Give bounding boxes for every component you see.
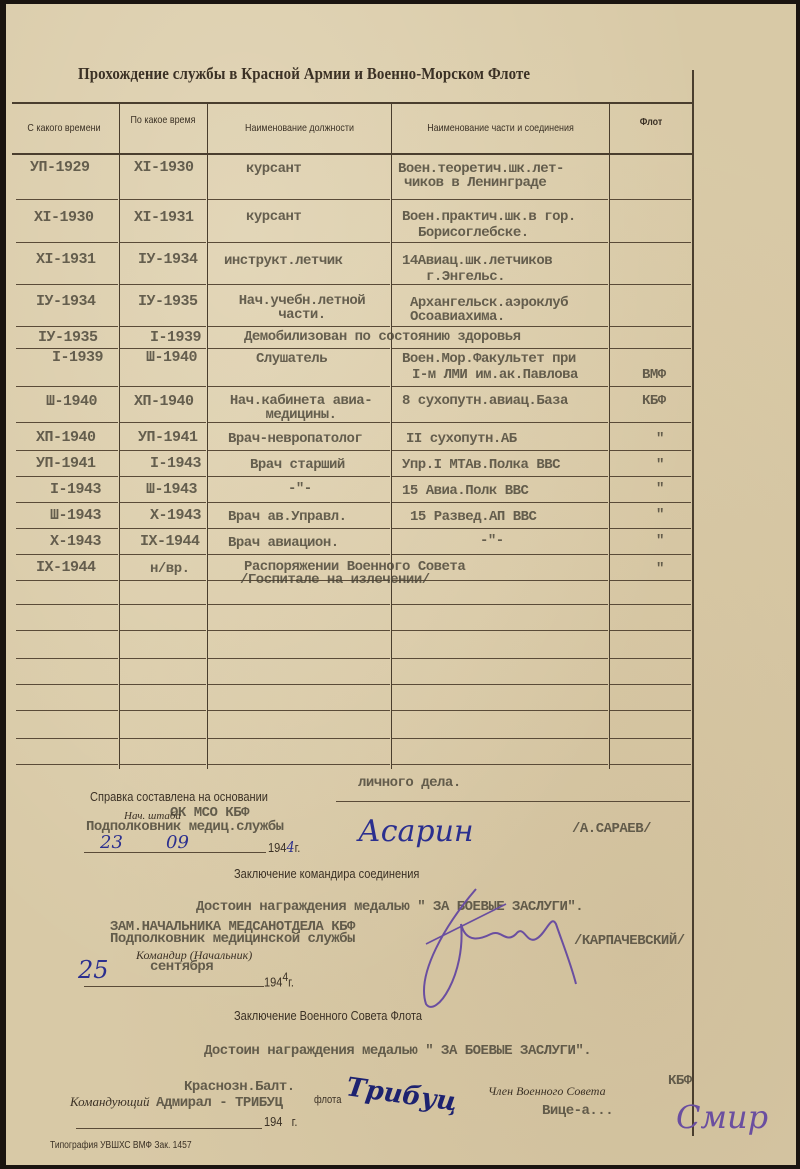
row-rule bbox=[610, 199, 691, 200]
col-header-to: По какое время bbox=[126, 114, 199, 127]
row-rule bbox=[208, 348, 390, 349]
row-rule bbox=[392, 502, 608, 503]
row-3-from: IУ-1934 bbox=[36, 294, 96, 309]
row-rule bbox=[610, 450, 691, 451]
row-rule bbox=[16, 604, 118, 605]
row-2-from: XI-1931 bbox=[36, 252, 96, 267]
commander-year-prefix: 194 bbox=[264, 974, 282, 989]
row-rule bbox=[16, 242, 118, 243]
row-rule bbox=[120, 528, 206, 529]
row-rule bbox=[208, 658, 390, 659]
row-5-from: I-1939 bbox=[52, 350, 103, 365]
row-rule bbox=[610, 528, 691, 529]
row-2-unit-1: 14Авиац.шк.летчиков bbox=[402, 254, 552, 269]
row-rule bbox=[392, 386, 608, 387]
row-rule bbox=[16, 502, 118, 503]
council-heading: Заключение Военного Совета Флота bbox=[234, 1008, 422, 1023]
row-rule bbox=[120, 710, 206, 711]
row-rule bbox=[208, 476, 390, 477]
council-member-signature: Смир bbox=[676, 1098, 768, 1136]
row-rule bbox=[16, 658, 118, 659]
row-rule bbox=[120, 326, 206, 327]
commander-date-underline bbox=[84, 986, 264, 987]
row-rule bbox=[610, 386, 691, 387]
row-10-from: Ш-1943 bbox=[50, 508, 101, 523]
row-rule bbox=[16, 326, 118, 327]
col-divider-3 bbox=[391, 104, 392, 769]
row-6-from: Ш-1940 bbox=[46, 394, 97, 409]
row-rule bbox=[610, 710, 691, 711]
right-border bbox=[692, 70, 694, 1136]
row-rule bbox=[208, 528, 390, 529]
row-rule bbox=[208, 554, 390, 555]
row-8-unit-1: Упр.I МТАв.Полка ВВС bbox=[402, 458, 560, 473]
chief-year-unit: г. bbox=[295, 840, 301, 855]
row-rule bbox=[610, 348, 691, 349]
row-4-from: IУ-1935 bbox=[38, 330, 98, 345]
row-rule bbox=[208, 199, 390, 200]
council-member-name: Вице-а... bbox=[542, 1104, 613, 1119]
row-10-position: Врач ав.Управл. bbox=[228, 510, 347, 525]
row-10-unit-1: 15 Развед.АП ВВС bbox=[410, 510, 536, 525]
row-9-from: I-1943 bbox=[50, 482, 101, 497]
row-rule bbox=[208, 684, 390, 685]
row-rule bbox=[610, 326, 691, 327]
row-10-to: Х-1943 bbox=[150, 508, 201, 523]
chief-signature: Асарин bbox=[358, 814, 474, 849]
row-3-unit-2: Осоавиахима. bbox=[410, 310, 505, 325]
row-rule bbox=[120, 684, 206, 685]
basis-underline bbox=[336, 801, 690, 802]
row-6-position: Нач.кабинета авиа-медицины. bbox=[212, 394, 390, 422]
row-7-unit-1: II сухопутн.АБ bbox=[406, 432, 517, 447]
col-divider-4 bbox=[609, 104, 610, 769]
commander-stamp-line2: Подполковник медицинской службы bbox=[110, 932, 355, 947]
row-rule bbox=[610, 658, 691, 659]
row-1-to: XI-1931 bbox=[134, 210, 194, 225]
row-rule bbox=[16, 684, 118, 685]
row-0-to: XI-1930 bbox=[134, 160, 194, 175]
chief-year: 1944г. bbox=[268, 838, 300, 856]
row-9-position: -"- bbox=[288, 482, 312, 497]
council-member-fleet: КБФ bbox=[668, 1074, 692, 1089]
commander-year: 1944г. bbox=[264, 970, 294, 989]
row-12-from: IХ-1944 bbox=[36, 560, 96, 575]
row-rule bbox=[16, 386, 118, 387]
row-8-position: Врач старший bbox=[250, 458, 345, 473]
row-rule bbox=[120, 502, 206, 503]
row-rule bbox=[610, 502, 691, 503]
service-record-page: Прохождение службы в Красной Армии и Вое… bbox=[6, 4, 796, 1165]
row-rule bbox=[610, 284, 691, 285]
row-5-to: Ш-1940 bbox=[146, 350, 197, 365]
row-rule bbox=[16, 710, 118, 711]
row-rule bbox=[16, 764, 118, 765]
row-rule bbox=[392, 764, 608, 765]
commander-heading: Заключение командира соединения bbox=[234, 866, 419, 881]
row-9-fleet: " bbox=[656, 482, 664, 497]
row-rule bbox=[16, 554, 118, 555]
row-rule bbox=[120, 476, 206, 477]
row-12-to: н/вр. bbox=[150, 562, 190, 577]
row-rule bbox=[610, 580, 691, 581]
row-rule bbox=[392, 242, 608, 243]
row-8-to: I-1943 bbox=[150, 456, 201, 471]
row-rule bbox=[392, 630, 608, 631]
row-rule bbox=[392, 348, 608, 349]
row-rule bbox=[392, 326, 608, 327]
row-rule bbox=[208, 284, 390, 285]
row-rule bbox=[610, 422, 691, 423]
row-rule bbox=[120, 199, 206, 200]
row-7-position: Врач-невропатолог bbox=[228, 432, 362, 447]
row-1-unit-1: Воен.практич.шк.в гор. bbox=[402, 210, 576, 225]
council-commander-signature: Трибуц bbox=[344, 1072, 459, 1117]
row-rule bbox=[208, 604, 390, 605]
chief-date-day: 23 bbox=[100, 832, 123, 853]
col-header-from: С какого времени bbox=[16, 122, 111, 135]
row-rule bbox=[120, 386, 206, 387]
row-0-position: курсант bbox=[246, 162, 301, 177]
row-9-to: Ш-1943 bbox=[146, 482, 197, 497]
col-divider-2 bbox=[207, 104, 208, 769]
row-rule bbox=[16, 738, 118, 739]
row-rule bbox=[120, 630, 206, 631]
row-rule bbox=[120, 580, 206, 581]
commander-date-day: 25 bbox=[78, 956, 109, 984]
row-rule bbox=[120, 284, 206, 285]
basis-value: личного дела. bbox=[358, 776, 461, 791]
row-4-to: I-1939 bbox=[150, 330, 201, 345]
row-2-to: IУ-1934 bbox=[138, 252, 198, 267]
row-rule bbox=[120, 242, 206, 243]
council-fleet-stamp: Краснозн.Балт. bbox=[184, 1080, 295, 1095]
row-rule bbox=[392, 528, 608, 529]
council-admiral: Адмирал - ТРИБУЦ bbox=[156, 1096, 282, 1111]
row-rule bbox=[120, 450, 206, 451]
council-date-underline bbox=[76, 1128, 262, 1129]
row-11-to: IХ-1944 bbox=[140, 534, 200, 549]
row-5-unit-1: Воен.Мор.Факультет при bbox=[402, 352, 576, 367]
row-rule bbox=[120, 658, 206, 659]
commander-year-unit: г. bbox=[288, 974, 294, 989]
row-1-unit-2: Борисоглебске. bbox=[418, 226, 529, 241]
council-member-label: Член Военного Совета bbox=[488, 1084, 606, 1099]
row-rule bbox=[208, 630, 390, 631]
row-rule bbox=[392, 710, 608, 711]
row-2-unit-2: г.Энгельс. bbox=[426, 270, 505, 285]
row-7-fleet: " bbox=[656, 432, 664, 447]
header-bottom-rule bbox=[12, 153, 692, 155]
row-11-from: Х-1943 bbox=[50, 534, 101, 549]
row-10-fleet: " bbox=[656, 508, 664, 523]
row-6-to: XП-1940 bbox=[134, 394, 194, 409]
row-rule bbox=[610, 554, 691, 555]
council-fleet-label: флота bbox=[314, 1094, 341, 1106]
row-rule bbox=[392, 476, 608, 477]
row-rule bbox=[16, 284, 118, 285]
row-rule bbox=[16, 450, 118, 451]
row-12-fleet: " bbox=[656, 562, 664, 577]
chief-date-month: 09 bbox=[166, 832, 189, 853]
col-header-fleet: Флот bbox=[616, 116, 686, 129]
row-rule bbox=[392, 738, 608, 739]
chief-year-prefix: 194 bbox=[268, 840, 286, 855]
basis-label: Справка составлена на основании bbox=[90, 789, 268, 804]
row-11-fleet: " bbox=[656, 534, 664, 549]
row-rule bbox=[208, 450, 390, 451]
page-title: Прохождение службы в Красной Армии и Вое… bbox=[78, 64, 588, 84]
council-commander-label: Командующий bbox=[70, 1094, 150, 1110]
row-rule bbox=[208, 502, 390, 503]
row-12-position-2: /Госпитале на излечении/ bbox=[240, 573, 430, 588]
row-rule bbox=[392, 450, 608, 451]
row-rule bbox=[120, 738, 206, 739]
row-rule bbox=[392, 422, 608, 423]
row-rule bbox=[120, 422, 206, 423]
commander-name: /КАРПАЧЕВСКИЙ/ bbox=[574, 934, 685, 949]
row-4-position: Демобилизован по состоянию здоровья bbox=[244, 330, 521, 345]
row-rule bbox=[16, 199, 118, 200]
row-11-position: Врач авиацион. bbox=[228, 536, 339, 551]
chief-year-suffix: 4 bbox=[286, 838, 294, 856]
row-7-to: УП-1941 bbox=[138, 430, 198, 445]
row-rule bbox=[392, 604, 608, 605]
row-rule bbox=[208, 764, 390, 765]
commander-date-month: сентября bbox=[150, 960, 213, 975]
col-header-to-label: По какое время bbox=[131, 114, 196, 126]
row-rule bbox=[208, 242, 390, 243]
row-rule bbox=[16, 422, 118, 423]
row-rule bbox=[392, 684, 608, 685]
row-8-fleet: " bbox=[656, 458, 664, 473]
row-2-position: инструкт.летчик bbox=[224, 254, 343, 269]
row-11-unit-1: -"- bbox=[480, 534, 504, 549]
row-7-from: XП-1940 bbox=[36, 430, 96, 445]
row-rule bbox=[392, 199, 608, 200]
row-rule bbox=[16, 630, 118, 631]
council-year-prefix: 194 bbox=[264, 1114, 282, 1129]
row-6-unit-1: 8 сухопутн.авиац.База bbox=[402, 394, 568, 409]
row-rule bbox=[120, 764, 206, 765]
row-rule bbox=[610, 738, 691, 739]
chief-name: /А.САРАЕВ/ bbox=[572, 822, 651, 837]
row-rule bbox=[120, 554, 206, 555]
row-0-unit-2: чиков в Ленинграде bbox=[404, 176, 546, 191]
col-divider-1 bbox=[119, 104, 120, 769]
row-rule bbox=[208, 326, 390, 327]
header-top-rule bbox=[12, 102, 692, 104]
row-rule bbox=[392, 658, 608, 659]
row-rule bbox=[610, 476, 691, 477]
row-5-unit-2: I-м ЛМИ им.ак.Павлова bbox=[412, 368, 578, 383]
col-header-unit: Наименование части и соединения bbox=[408, 122, 592, 135]
row-rule bbox=[120, 604, 206, 605]
council-year: 194 г. bbox=[264, 1114, 297, 1129]
row-rule bbox=[610, 764, 691, 765]
row-rule bbox=[208, 386, 390, 387]
row-rule bbox=[610, 604, 691, 605]
row-5-position: Слушатель bbox=[256, 352, 327, 367]
row-rule bbox=[392, 554, 608, 555]
commander-signature bbox=[406, 884, 586, 1029]
row-rule bbox=[208, 738, 390, 739]
row-5-fleet: ВМФ bbox=[642, 368, 666, 383]
row-rule bbox=[16, 580, 118, 581]
printer-imprint: Типография УВШХС ВМФ Зак. 1457 bbox=[50, 1140, 192, 1151]
row-rule bbox=[16, 476, 118, 477]
row-8-from: УП-1941 bbox=[36, 456, 96, 471]
council-text: Достоин награждения медалью " ЗА БОЕВЫЕ … bbox=[204, 1044, 591, 1059]
row-rule bbox=[208, 710, 390, 711]
row-rule bbox=[16, 528, 118, 529]
row-9-unit-1: 15 Авиа.Полк ВВС bbox=[402, 484, 528, 499]
row-rule bbox=[610, 242, 691, 243]
row-0-from: УП-1929 bbox=[30, 160, 90, 175]
row-rule bbox=[610, 630, 691, 631]
row-1-position: курсант bbox=[246, 210, 301, 225]
row-1-from: XI-1930 bbox=[34, 210, 94, 225]
council-year-unit: г. bbox=[292, 1114, 298, 1129]
col-header-position: Наименование должности bbox=[222, 122, 378, 135]
row-3-position: Нач.учебн.летной части. bbox=[214, 294, 390, 322]
row-6-fleet: КБФ bbox=[642, 394, 666, 409]
row-3-to: IУ-1935 bbox=[138, 294, 198, 309]
row-rule bbox=[610, 684, 691, 685]
